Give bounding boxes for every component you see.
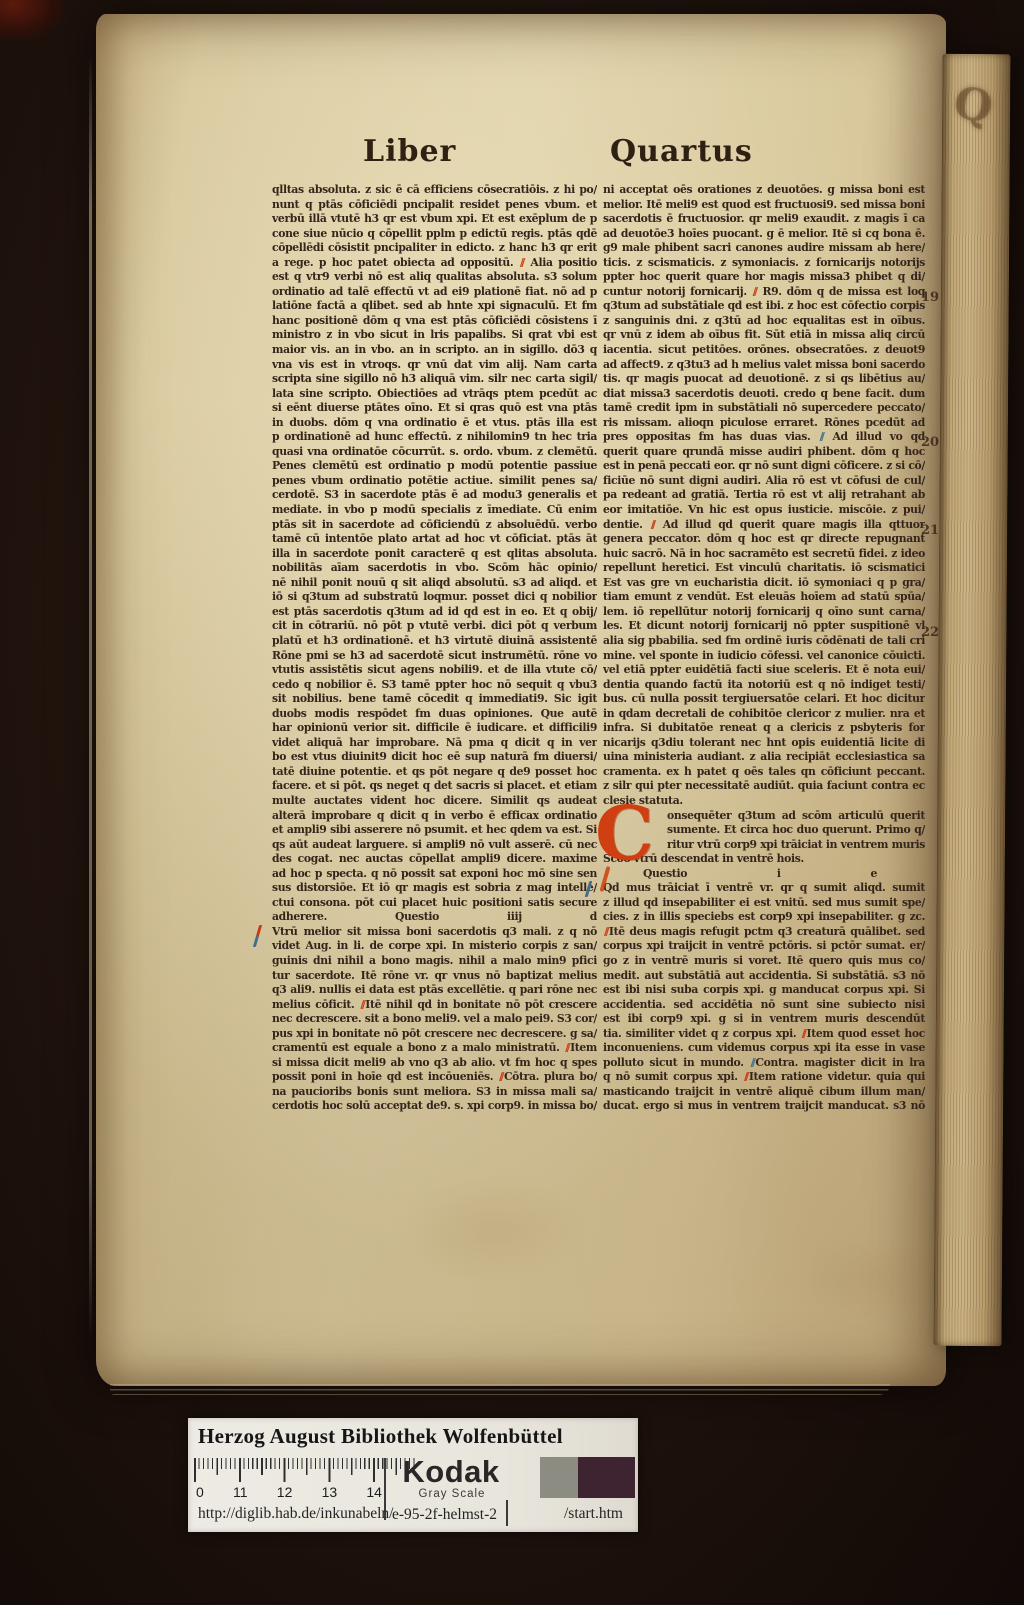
scanned-page-photo: Liber Quartus qlltas absoluta. z sic ē c… (0, 0, 1024, 1605)
text-line: tur sacerdote. Itē rōne vr. qr vnus nō b… (272, 969, 597, 984)
text-line: huic sacrō. Nā in hoc sacramēto est secr… (603, 547, 925, 562)
text-line: nicarijs q3diu tolerant nec hnt opis eui… (603, 736, 925, 751)
text-line: melior. Itē meli9 est quod est fructuosi… (603, 198, 925, 213)
text-line: est ptās sacerdotis q3tum ad id qd est i… (272, 605, 597, 620)
text-line: ordinatio ad talē effectū vt ad ei9 plat… (272, 285, 597, 300)
margin-mark (253, 925, 262, 947)
text-line: cuntur notorij fornicarij. ∕∕ R9. dōm q … (603, 285, 925, 300)
backdrop-corner (0, 0, 64, 40)
text-line: alia sig pbabilia. sed fm ordinē iuris c… (603, 634, 925, 649)
text-line: ctui consona. pōt cui placet huic positi… (272, 896, 597, 911)
header-liber: Liber (363, 134, 456, 169)
text-line: nec decrescere. sit a bono meli9. vel a … (272, 1012, 597, 1027)
text-line: repellunt heretici. Est vinculū charitat… (603, 561, 925, 576)
text-line: ptās sit in sacerdote ad cōficiendū z ab… (272, 518, 597, 533)
text-line: adherere.Questioiiijd (272, 910, 597, 925)
text-line: genera peccator. dōm q hoc est qr direct… (603, 532, 925, 547)
gray-patch-mid (540, 1457, 578, 1498)
book-fore-edge: Q (933, 54, 1010, 1346)
text-line: si eēnt diuerse ptātes oīno. Et si qras … (272, 401, 597, 416)
ruler-numbers: 011121314 (196, 1484, 382, 1500)
right-text-column: C ni acceptat oēs orationes z deuotōes. … (603, 183, 925, 1117)
text-line: corpus xpi traijcit in ventrē pctōris. s… (603, 939, 925, 954)
text-line: cone siue nūcio q cōpellit pplm p edictū… (272, 227, 597, 242)
text-line: et ampli9 sibi asserere nō psumit. et he… (272, 823, 597, 838)
text-line: est in penā peccati eor. qr nō sunt dign… (603, 459, 925, 474)
text-line: verbū illā vtutē h3 qr est vbum xpi. Et … (272, 212, 597, 227)
header-quartus: Quartus (610, 134, 753, 169)
text-line: lata sine scripto. Obiectiōes ad vtrāqs … (272, 387, 597, 402)
text-line: p ordinationē ad hunc effectū. z nihilom… (272, 430, 597, 445)
text-line: Rōne pmi se h3 ad sacerdotē sicut instru… (272, 649, 597, 664)
text-line: tia. similiter videt q z corpus xpi. ∕∕I… (603, 1027, 925, 1042)
text-line: Est vas gre vn eucharistia dicit. iō sym… (603, 576, 925, 591)
digitization-url: http://diglib.hab.de/inkunabeln/ (198, 1505, 393, 1523)
text-line: uina ministeria audiant. z alia recipiāt… (603, 750, 925, 765)
parchment-stain (796, 1234, 946, 1324)
ruler-number: 12 (277, 1484, 293, 1500)
text-line: est q vtr9 verbi nō est aliq qualitas ab… (272, 270, 597, 285)
text-line: qr vnū z idem ab oībus fit. Sūt etiā in … (603, 328, 925, 343)
text-line: tis. qr magis puocat ad deuotionē. z si … (603, 372, 925, 387)
ruler: 011121314 (194, 1458, 420, 1502)
url-row: http://diglib.hab.de/inkunabeln/ e-95-2f… (188, 1502, 638, 1530)
text-line: eor imitatiōe. Vn hic est opus iusticie.… (603, 503, 925, 518)
text-line: est ibi corp9 xpi. g si in ventrem muris… (603, 1012, 925, 1027)
text-line: ticis. z scismaticis. z symoniacis. z fo… (603, 256, 925, 271)
text-line: ris missam. alioqn piculose erraret. Rōn… (603, 416, 925, 431)
text-line: alterā improbare q dicit q in verbo ē ef… (272, 809, 597, 824)
text-line: tamē credit ipm in substātiali nō superc… (603, 401, 925, 416)
text-line: sacerdotis ē fructuosior. qr meli9 exaud… (603, 212, 925, 227)
text-line: g9 male phibent sacri canones audire mis… (603, 241, 925, 256)
text-line: ducat. ergo si mus in ventrem traijcit m… (603, 1099, 925, 1114)
text-line: les. Et dicunt notorij fornicarij nō ppt… (603, 619, 925, 634)
text-line: diat missa3 sacerdotis deuoti. credo q b… (603, 387, 925, 402)
text-line: infra. Si dubitatōe reneat q a clericis … (603, 721, 925, 736)
text-line: go z in ventrē muris si voret. Itē quero… (603, 954, 925, 969)
text-line: querit quare qrundā misse audiri phibent… (603, 445, 925, 460)
text-line: sit nobilius. bene tamē cōcedit q immedi… (272, 692, 597, 707)
text-line: iacentia. sicut petitōes. orōnes. obsecr… (603, 343, 925, 358)
text-line: polluto sicut in mundo. ∕∕Contra. magist… (603, 1056, 925, 1071)
text-line: est ibi nisi suba corpis xpi. g manducat… (603, 983, 925, 998)
text-line: dentie. ∕∕ Ad illud qd querit quare magi… (603, 518, 925, 533)
bleed-through-glyph: Q (950, 77, 996, 134)
text-line: tiam emunt z vendūt. Est eleuās hoīem ad… (603, 590, 925, 605)
text-line: z illud qd insepabiliter ei est vnitū. s… (603, 896, 925, 911)
text-line: iō si q3tum ad substratū loqmur. posset … (272, 590, 597, 605)
kodak-wordmark: Kodak (392, 1454, 510, 1490)
text-line: lem. iō repellūtur notorij fornicarij q … (603, 605, 925, 620)
text-line: ficiūe nō sunt digni audiri. Alia rō est… (603, 474, 925, 489)
text-line: Vtrū melior sit missa boni sacerdotis q3… (272, 925, 597, 940)
text-line: tamē cū intentōe plato artat ad hoc vt c… (272, 532, 597, 547)
text-line: dentia quando factū ita notoriū est q nō… (603, 678, 925, 693)
text-line: cit in cōtrariū. nō pōt p vtutē verbi. d… (272, 619, 597, 634)
text-line: cerdotē. S3 in sacerdote ptās ē ad modu3… (272, 488, 597, 503)
rubric-initial: C (595, 802, 655, 866)
text-line: hanc positionē dōm q vna est ptās cōfici… (272, 314, 597, 329)
text-line: cedo q nobilior ē. S3 tamē ppter hoc nō … (272, 678, 597, 693)
text-line: pus xpi in bonitate nō pōt crescere nec … (272, 1027, 597, 1042)
text-line: cramenta. ex h patet q oēs tales qn cōfi… (603, 765, 925, 780)
text-line: videt aliquā har improbare. Nā pma q dic… (272, 736, 597, 751)
ruler-number: 0 (196, 1484, 204, 1500)
text-line: Qd mus trāiciat ī ventrē vr. qr q sumit … (603, 881, 925, 896)
library-title: Herzog August Bibliothek Wolfenbüttel (198, 1424, 632, 1449)
text-line: q nō sumit corpus xpi. ∕∕Item ratione vi… (603, 1070, 925, 1085)
text-line: vtutis assistētis sicut agens nobili9. e… (272, 663, 597, 678)
text-line: platū et h3 ordinationē. et h3 virtutē d… (272, 634, 597, 649)
text-line: cerdotis hoc solū acceptat de9. s. xpi c… (272, 1099, 597, 1114)
text-line: q3tum ad substātiale qd est ibi. z hoc e… (603, 299, 925, 314)
text-line: vel etiā ppter euidētiā facti siue scele… (603, 663, 925, 678)
text-line: ministro z in vbo sicut in lris papalibs… (272, 328, 597, 343)
text-line: ad affect9. z q3tu3 ad h melius valet mi… (603, 358, 925, 373)
text-line: ppter hoc querit quare hor magis missa3 … (603, 270, 925, 285)
text-line: si missa dicit meli9 ab vno q3 ab alio. … (272, 1056, 597, 1071)
text-line: cramentū est equale a bono z a malo mini… (272, 1041, 597, 1056)
text-line: latiōne factā a qlibet. sed ab hnte xpi … (272, 299, 597, 314)
text-line: vna vis est in vtroqs. qr vnū dat vim al… (272, 358, 597, 373)
ruler-number: 13 (322, 1484, 338, 1500)
text-line: inconueniens. cum videmus corpus xpi ita… (603, 1041, 925, 1056)
text-line: z sanguinis dni. z q3tū ad hoc equalitas… (603, 314, 925, 329)
gray-patch-dark (578, 1457, 635, 1498)
text-line: scripta sine sigillo nō h3 aliquā vim. s… (272, 372, 597, 387)
text-line: accidentia. sed accidētia nō sunt sine s… (603, 998, 925, 1013)
text-line: ∕∕Itē deus magis refugit pctm q3 creatur… (603, 925, 925, 940)
text-line: qs aūt audeat larguere. si ampli9 nō vul… (272, 838, 597, 853)
text-line: penes vbum ordinatio potētie actiue. sim… (272, 474, 597, 489)
start-page-path: /start.htm (564, 1505, 623, 1523)
text-line: illa in sacerdote ponit caracterē q est … (272, 547, 597, 562)
text-line: cies. z in illis speciebs est corp9 xpi … (603, 910, 925, 925)
text-line: qlltas absoluta. z sic ē cā efficiens cō… (272, 183, 597, 198)
text-line: maior vis. an in vbo. an in scripto. an … (272, 343, 597, 358)
gray-scale-label: Gray Scale (402, 1488, 502, 1500)
page-edge-line (89, 52, 92, 1340)
ruler-number: 11 (233, 1484, 248, 1500)
text-line: masticando traijcit in ventrē aliquē cib… (603, 1085, 925, 1100)
text-line: multe auctates vident hoc dicere. Simili… (272, 794, 597, 809)
text-line: videt Aug. in li. de corpe xpi. In miste… (272, 939, 597, 954)
library-label: Herzog August Bibliothek Wolfenbüttel 01… (188, 1418, 638, 1532)
text-line: pa redeant ad gratiā. Tertia rō est vt a… (603, 488, 925, 503)
text-line: possit poni in hoīe qd est incōueniēs. ∕… (272, 1070, 597, 1085)
text-line: facere. et si pōt. qs neget q det sacris… (272, 779, 597, 794)
text-line: des cogat. nec auctas cōpellat ampli9 di… (272, 852, 597, 867)
text-line: q3 ali9. nullis ei data est ptās excellē… (272, 983, 597, 998)
ruler-number: 14 (366, 1484, 382, 1500)
text-line: duobs modis respōdet fm duas opiniones. … (272, 707, 597, 722)
text-line: nē nihil ponit nouū q sit aliqd absolutū… (272, 576, 597, 591)
book-page: Liber Quartus qlltas absoluta. z sic ē c… (96, 14, 946, 1386)
text-line: a rege. p hoc patet obiecta ad oppositū.… (272, 256, 597, 271)
page-bottom-edges (110, 1384, 890, 1395)
text-line: melius cōficit. ∕∕Itē nihil qd in bonita… (272, 998, 597, 1013)
text-line: mediate. in vbo p modū specialis z īmedi… (272, 503, 597, 518)
text-line: nobilitās aīam sacerdotis in vbo. Scōm h… (272, 561, 597, 576)
text-line: in duobs. dōm q vna ordinatio ē et vtus.… (272, 416, 597, 431)
text-line: cōpellēdi cōsistit pncipaliter in edicto… (272, 241, 597, 256)
text-line: bus. cū nulla possit tergiuersatōe celar… (603, 692, 925, 707)
text-line: ad hoc p specta. q nō possit sat exponi … (272, 867, 597, 882)
text-line: har opinionū verior sit. difficile ē iud… (272, 721, 597, 736)
text-line: ad deuotōe3 hoīes puocant. g ē melior. I… (603, 227, 925, 242)
text-line: nunt q ptās cōficiēdi pncipalit residet … (272, 198, 597, 213)
label-divider (506, 1500, 508, 1526)
text-line: guinis dni nihil a bono magis. nihil a m… (272, 954, 597, 969)
text-line: mine. vel sponte in iudicio cōfessi. vel… (603, 649, 925, 664)
text-line: bo est vtus diuinit9 dicit hoc eē sup na… (272, 750, 597, 765)
text-line: Penes clemētū est ordinatio p modū poten… (272, 459, 597, 474)
shelfmark: e-95-2f-helmst-2 (392, 1506, 497, 1524)
text-line: medit. aut substātiā aut accidentia. Si … (603, 969, 925, 984)
text-line: na paucioribs bonis sunt meliora. S3 in … (272, 1085, 597, 1100)
text-line: quasi vna ordinatōe cōcurrūt. s. ordo. v… (272, 445, 597, 460)
left-text-column: qlltas absoluta. z sic ē cā efficiens cō… (272, 183, 597, 1117)
parchment-stain (396, 1174, 586, 1284)
text-line: sus distorsiōe. Et iō qr magis est sobri… (272, 881, 597, 896)
text-line: tatē diuine potentie. et qs pōt negare q… (272, 765, 597, 780)
text-line: in qdam decretali de cohibitōe clericor … (603, 707, 925, 722)
text-line: pres oppositas fm has duas vias. ∕∕ Ad i… (603, 430, 925, 445)
text-line: ni acceptat oēs orationes z deuotōes. g … (603, 183, 925, 198)
